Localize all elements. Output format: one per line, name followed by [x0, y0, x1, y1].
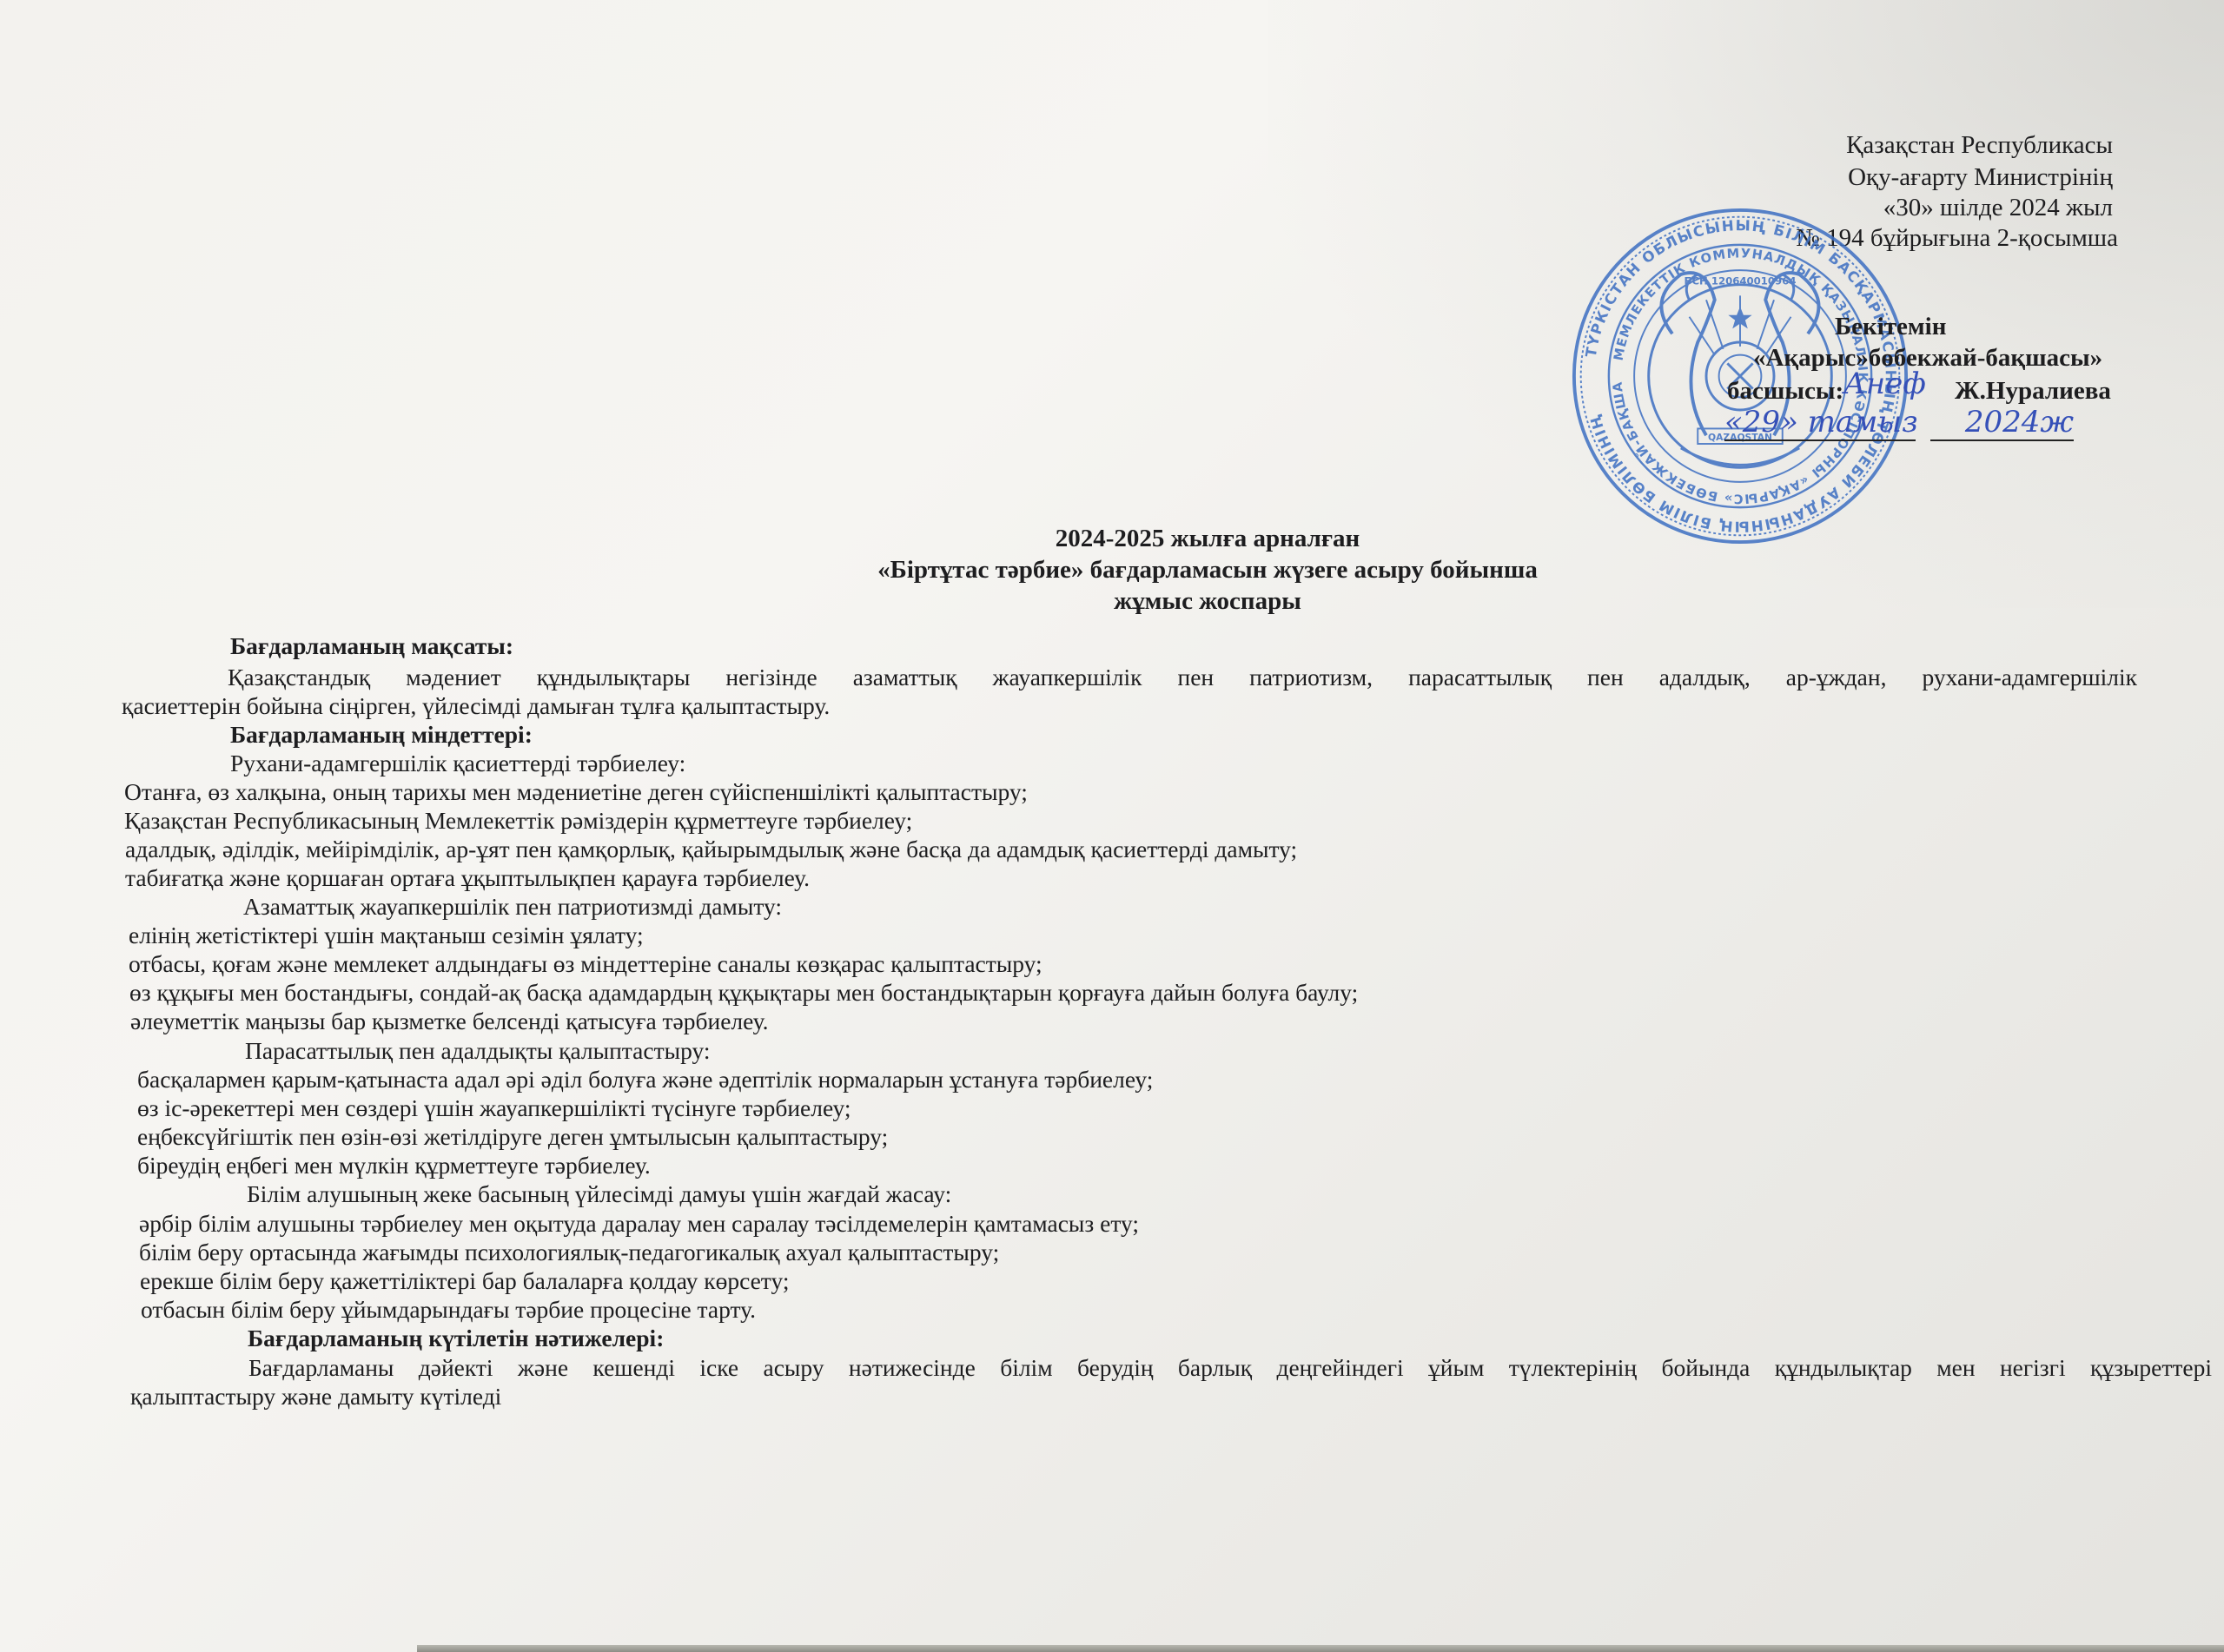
header-line-ministry: Оқу-ағарту Министрінің: [1848, 162, 2113, 193]
tasks-heading: Бағдарламаның міндеттері:: [230, 720, 533, 749]
approval-year-field: 2024ж: [1930, 405, 2074, 439]
approval-year-handwritten: 2024ж: [1930, 405, 2074, 441]
results-text-line-2: қалыптастыру және дамыту күтіледі: [130, 1382, 501, 1411]
header-line-country: Қазақстан Республикасы: [1846, 130, 2113, 161]
task-item: отбасы, қоғам және мемлекет алдындағы өз…: [129, 949, 1042, 978]
task-item: ерекше білім беру қажеттіліктері бар бал…: [140, 1266, 790, 1295]
task-group-title: Білім алушының жеке басының үйлесімді да…: [247, 1180, 951, 1208]
signature: Анеф: [1843, 367, 1926, 401]
goal-text-line-2: қасиеттерін бойына сіңірген, үйлесімді д…: [122, 691, 830, 720]
task-item: елінің жетістіктері үшін мақтаныш сезімі…: [129, 921, 644, 949]
task-item: еңбексүйгіштік пен өзін-өзі жетілдіруге …: [137, 1122, 888, 1151]
title-line-3: жұмыс жоспары: [0, 585, 2224, 617]
approval-head-label: басшысы:: [1727, 375, 1843, 407]
task-item: табиғатқа және қоршаған ортаға ұқыптылық…: [125, 863, 810, 892]
task-item: Қазақстан Республикасының Мемлекеттік рә…: [124, 806, 912, 835]
task-item: білім беру ортасында жағымды психологиял…: [139, 1238, 999, 1266]
task-item: Отанға, өз халқына, оның тарихы мен мәде…: [124, 777, 1028, 806]
approval-head-name: Ж.Нуралиева: [1955, 375, 2111, 407]
task-group-title: Рухани-адамгершілік қасиеттерді тәрбиеле…: [230, 749, 685, 777]
task-item: отбасын білім беру ұйымдарындағы тәрбие …: [141, 1295, 756, 1324]
results-heading: Бағдарламаның күтілетін нәтижелері:: [248, 1324, 664, 1352]
task-item: әлеуметтік маңызы бар қызметке белсенді …: [130, 1007, 769, 1035]
approval-date-field: «29» тамыз: [1724, 405, 1916, 439]
paper-edge: [417, 1645, 2224, 1652]
title-line-1: 2024-2025 жылға арналған: [0, 523, 2224, 554]
goal-heading: Бағдарламаның мақсаты:: [230, 631, 513, 660]
task-item: адалдық, әділдік, мейірімділік, ар-ұят п…: [125, 835, 1297, 863]
approval-label: Бекітемін: [1835, 311, 1946, 343]
goal-text-line-1: Қазақстандық мәдениет құндылықтары негіз…: [228, 663, 2137, 691]
task-item: өз құқығы мен бостандығы, сондай-ақ басқ…: [129, 978, 1358, 1007]
task-item: басқалармен қарым-қатынаста адал әрі әді…: [137, 1065, 1153, 1094]
approval-date-handwritten: «29» тамыз: [1724, 405, 1916, 441]
results-text-line-1: Бағдарламаны дәйекті және кешенді іске а…: [248, 1353, 2212, 1382]
task-item: әрбір білім алушыны тәрбиелеу мен оқытуд…: [139, 1209, 1139, 1238]
svg-text:БСН 120640010964: БСН 120640010964: [1685, 275, 1797, 287]
task-item: біреудің еңбегі мен мүлкін құрметтеуге т…: [137, 1151, 651, 1180]
title-line-2: «Біртұтас тәрбие» бағдарламасын жүзеге а…: [0, 554, 2224, 585]
task-group-title: Парасаттылық пен адалдықты қалыптастыру:: [245, 1036, 711, 1065]
approval-organization: «Ақарыс»бөбекжай-бақшасы»: [1753, 342, 2102, 374]
header-line-date: «30» шілде 2024 жыл: [1883, 193, 2113, 223]
task-item: өз іс-әрекеттері мен сөздері үшін жауапк…: [137, 1094, 851, 1122]
task-group-title: Азаматтық жауапкершілік пен патриотизмді…: [243, 892, 782, 921]
